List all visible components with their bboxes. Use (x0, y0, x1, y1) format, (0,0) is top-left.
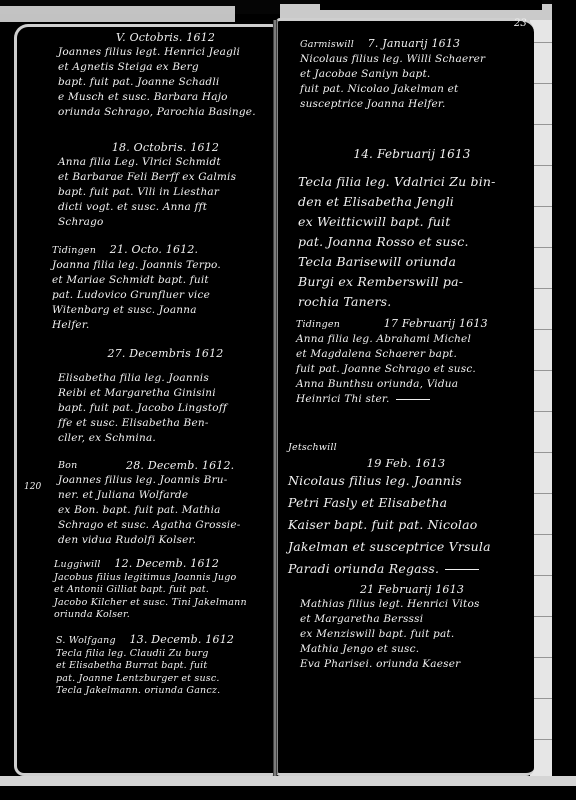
entry-line: Anna Bunthsu oriunda, Vidua (296, 377, 524, 392)
entry-place: Tidingen (296, 319, 340, 330)
entry-line: et Margaretha Bersssi (300, 612, 524, 627)
entry-line: bapt. fuit pat. Vlli in Liesthar (58, 185, 273, 200)
film-dark-tab (320, 0, 542, 10)
register-entry: S. Wolfgang 13. Decemb. 1612 Tecla filia… (56, 634, 276, 698)
entry-line: Jakelman et susceptrice Vrsula (288, 536, 524, 558)
entry-line: pat. Joanne Lentzburger et susc. (56, 673, 276, 686)
entry-date: 12. Decemb. 1612 (114, 557, 219, 570)
film-margin-bottom (0, 776, 576, 786)
register-entry: Garmiswill 7. Januarij 1613 Nicolaus fil… (300, 36, 525, 112)
register-entry: Tidingen 17 Februarij 1613 Anna filia le… (296, 316, 524, 407)
entry-header: Tidingen 17 Februarij 1613 (296, 316, 524, 332)
entry-line: Jacobo Kilcher et susc. Tini Jakelmann (54, 597, 274, 610)
film-edge-right (552, 0, 576, 800)
entry-line: den et Elisabetha Jengli (298, 192, 526, 212)
closing-rule (445, 569, 479, 570)
closing-rule (396, 399, 430, 400)
entry-date: 7. Januarij 1613 (368, 37, 461, 50)
entry-line: Schrago (58, 215, 273, 230)
entry-line: ex Bon. bapt. fuit pat. Mathia (58, 503, 273, 518)
entry-header: Tidingen 21. Octo. 1612. (52, 242, 272, 258)
entry-line: Heinrici Thi ster. (296, 393, 390, 405)
entry-line: Kaiser bapt. fuit pat. Nicolao (288, 514, 524, 536)
entry-line: Joannes filius legt. Henrici Jeagli (58, 45, 273, 60)
entry-line: Nicolaus filius leg. Willi Schaerer (300, 52, 525, 67)
entry-line-with-rule: Paradi oriunda Regass. (288, 558, 524, 580)
entry-line: Schrago et susc. Agatha Grossie- (58, 518, 273, 533)
entry-date: V. Octobris. 1612 (58, 30, 273, 45)
register-entry: 18. Octobris. 1612 Anna filia Leg. Vlric… (58, 140, 273, 230)
entry-date: 21 Februarij 1613 (300, 582, 524, 597)
entry-place: Luggiwill (54, 559, 101, 570)
register-entry: 21 Februarij 1613 Mathias filius legt. H… (300, 582, 524, 672)
register-entry: Luggiwill 12. Decemb. 1612 Jacobus filiu… (54, 558, 274, 622)
entry-place: Tidingen (52, 245, 96, 256)
entry-line: et Barbarae Feli Berff ex Galmis (58, 170, 273, 185)
entry-line: susceptrice Joanna Helfer. (300, 97, 525, 112)
entry-line: et Agnetis Steiga ex Berg (58, 60, 273, 75)
entry-date: 21. Octo. 1612. (110, 243, 199, 256)
entry-line: Tecla filia leg. Claudii Zu burg (56, 648, 276, 661)
entry-line: Burgi ex Remberswill pa- (298, 272, 526, 292)
entry-line: ex Weitticwill bapt. fuit (298, 212, 526, 232)
entry-line: Eva Pharisei. oriunda Kaeser (300, 657, 524, 672)
entry-line: fuit pat. Joanne Schrago et susc. (296, 362, 524, 377)
entry-line: Joannes filius leg. Joannis Bru- (58, 473, 273, 488)
entry-line: Anna filia leg. Abrahami Michel (296, 332, 524, 347)
entry-line: oriunda Kolser. (54, 609, 274, 622)
entry-header: Garmiswill 7. Januarij 1613 (300, 36, 525, 52)
entry-line: et Mariae Schmidt bapt. fuit (52, 273, 272, 288)
entry-header: S. Wolfgang 13. Decemb. 1612 (56, 634, 276, 648)
entry-date: 17 Februarij 1613 (384, 317, 488, 330)
entry-place: Garmiswill (300, 39, 354, 50)
entry-line: pat. Joanna Rosso et susc. (298, 232, 526, 252)
entry-line: Jacobus filius legitimus Joannis Jugo (54, 572, 274, 585)
film-margin-top-left (0, 6, 235, 22)
entry-header: Jetschwill (288, 440, 524, 456)
entry-date: 28. Decemb. 1612. (126, 459, 234, 472)
entry-place: S. Wolfgang (56, 635, 116, 646)
entry-line: Anna filia Leg. Vlrici Schmidt (58, 155, 273, 170)
entry-line: ex Menziswill bapt. fuit pat. (300, 627, 524, 642)
register-entry: 14. Februarij 1613 Tecla filia leg. Vdal… (298, 144, 526, 312)
entry-line: cller, ex Schmina. (58, 431, 273, 446)
folio-number: 23 (514, 18, 527, 29)
entry-date: 27. Decembris 1612 (58, 346, 273, 361)
entry-line: ner. et Juliana Wolfarde (58, 488, 273, 503)
entry-line: et Magdalena Schaerer bapt. (296, 347, 524, 362)
entry-line: Witenbarg et susc. Joanna (52, 303, 272, 318)
entry-place: Jetschwill (288, 442, 337, 453)
entry-date: 18. Octobris. 1612 (58, 140, 273, 155)
entry-line: pat. Ludovico Grunfluer vice (52, 288, 272, 303)
microfilm-scan: 23 120 V. Octobris. 1612 Joannes filius … (0, 0, 576, 800)
film-edge-bottom (0, 786, 576, 800)
entry-line: dicti vogt. et susc. Anna fft (58, 200, 273, 215)
entry-line: et Antonii Gilliat bapt. fuit pat. (54, 584, 274, 597)
register-entry: 27. Decembris 1612 Elisabetha filia leg.… (58, 346, 273, 446)
entry-line: Paradi oriunda Regass. (288, 561, 439, 576)
entry-line: bapt. fuit pat. Joanne Schadli (58, 75, 273, 90)
entry-line: Tecla Barisewill oriunda (298, 252, 526, 272)
entry-line: fuit pat. Nicolao Jakelman et (300, 82, 525, 97)
entry-header: Luggiwill 12. Decemb. 1612 (54, 558, 274, 572)
entry-line: Tecla filia leg. Vdalrici Zu bin- (298, 172, 526, 192)
margin-number: 120 (24, 482, 41, 492)
entry-line: rochia Taners. (298, 292, 526, 312)
register-entry: Tidingen 21. Octo. 1612. Joanna filia le… (52, 242, 272, 333)
entry-line: oriunda Schrago, Parochia Basinge. (58, 105, 273, 120)
register-entry: V. Octobris. 1612 Joannes filius legt. H… (58, 30, 273, 120)
entry-line: e Musch et susc. Barbara Hajo (58, 90, 273, 105)
entry-date: 14. Februarij 1613 (298, 144, 526, 164)
entry-line: Reibi et Margaretha Ginisini (58, 386, 273, 401)
entry-line: ffe et susc. Elisabetha Ben- (58, 416, 273, 431)
entry-line: Mathia Jengo et susc. (300, 642, 524, 657)
entry-date: 13. Decemb. 1612 (129, 633, 234, 646)
register-entry: Jetschwill 19 Feb. 1613 Nicolaus filius … (288, 440, 524, 580)
entry-line: Helfer. (52, 318, 272, 333)
entry-line: Mathias filius legt. Henrici Vitos (300, 597, 524, 612)
entry-line: Joanna filia leg. Joannis Terpo. (52, 258, 272, 273)
entry-line: Nicolaus filius leg. Joannis (288, 470, 524, 492)
entry-date: 19 Feb. 1613 (288, 456, 524, 470)
register-entry: Bon 28. Decemb. 1612. Joannes filius leg… (58, 458, 273, 548)
entry-line: den vidua Rudolfi Kolser. (58, 533, 273, 548)
entry-line-with-rule: Heinrici Thi ster. (296, 392, 524, 407)
entry-line: Petri Fasly et Elisabetha (288, 492, 524, 514)
entry-line: Elisabetha filia leg. Joannis (58, 371, 273, 386)
entry-line: Tecla Jakelmann. oriunda Gancz. (56, 685, 276, 698)
entry-header: Bon 28. Decemb. 1612. (58, 458, 273, 473)
entry-line: bapt. fuit pat. Jacobo Lingstoff (58, 401, 273, 416)
entry-line: et Elisabetha Burrat bapt. fuit (56, 660, 276, 673)
entry-line: et Jacobae Saniyn bapt. (300, 67, 525, 82)
entry-place: Bon (58, 458, 77, 473)
